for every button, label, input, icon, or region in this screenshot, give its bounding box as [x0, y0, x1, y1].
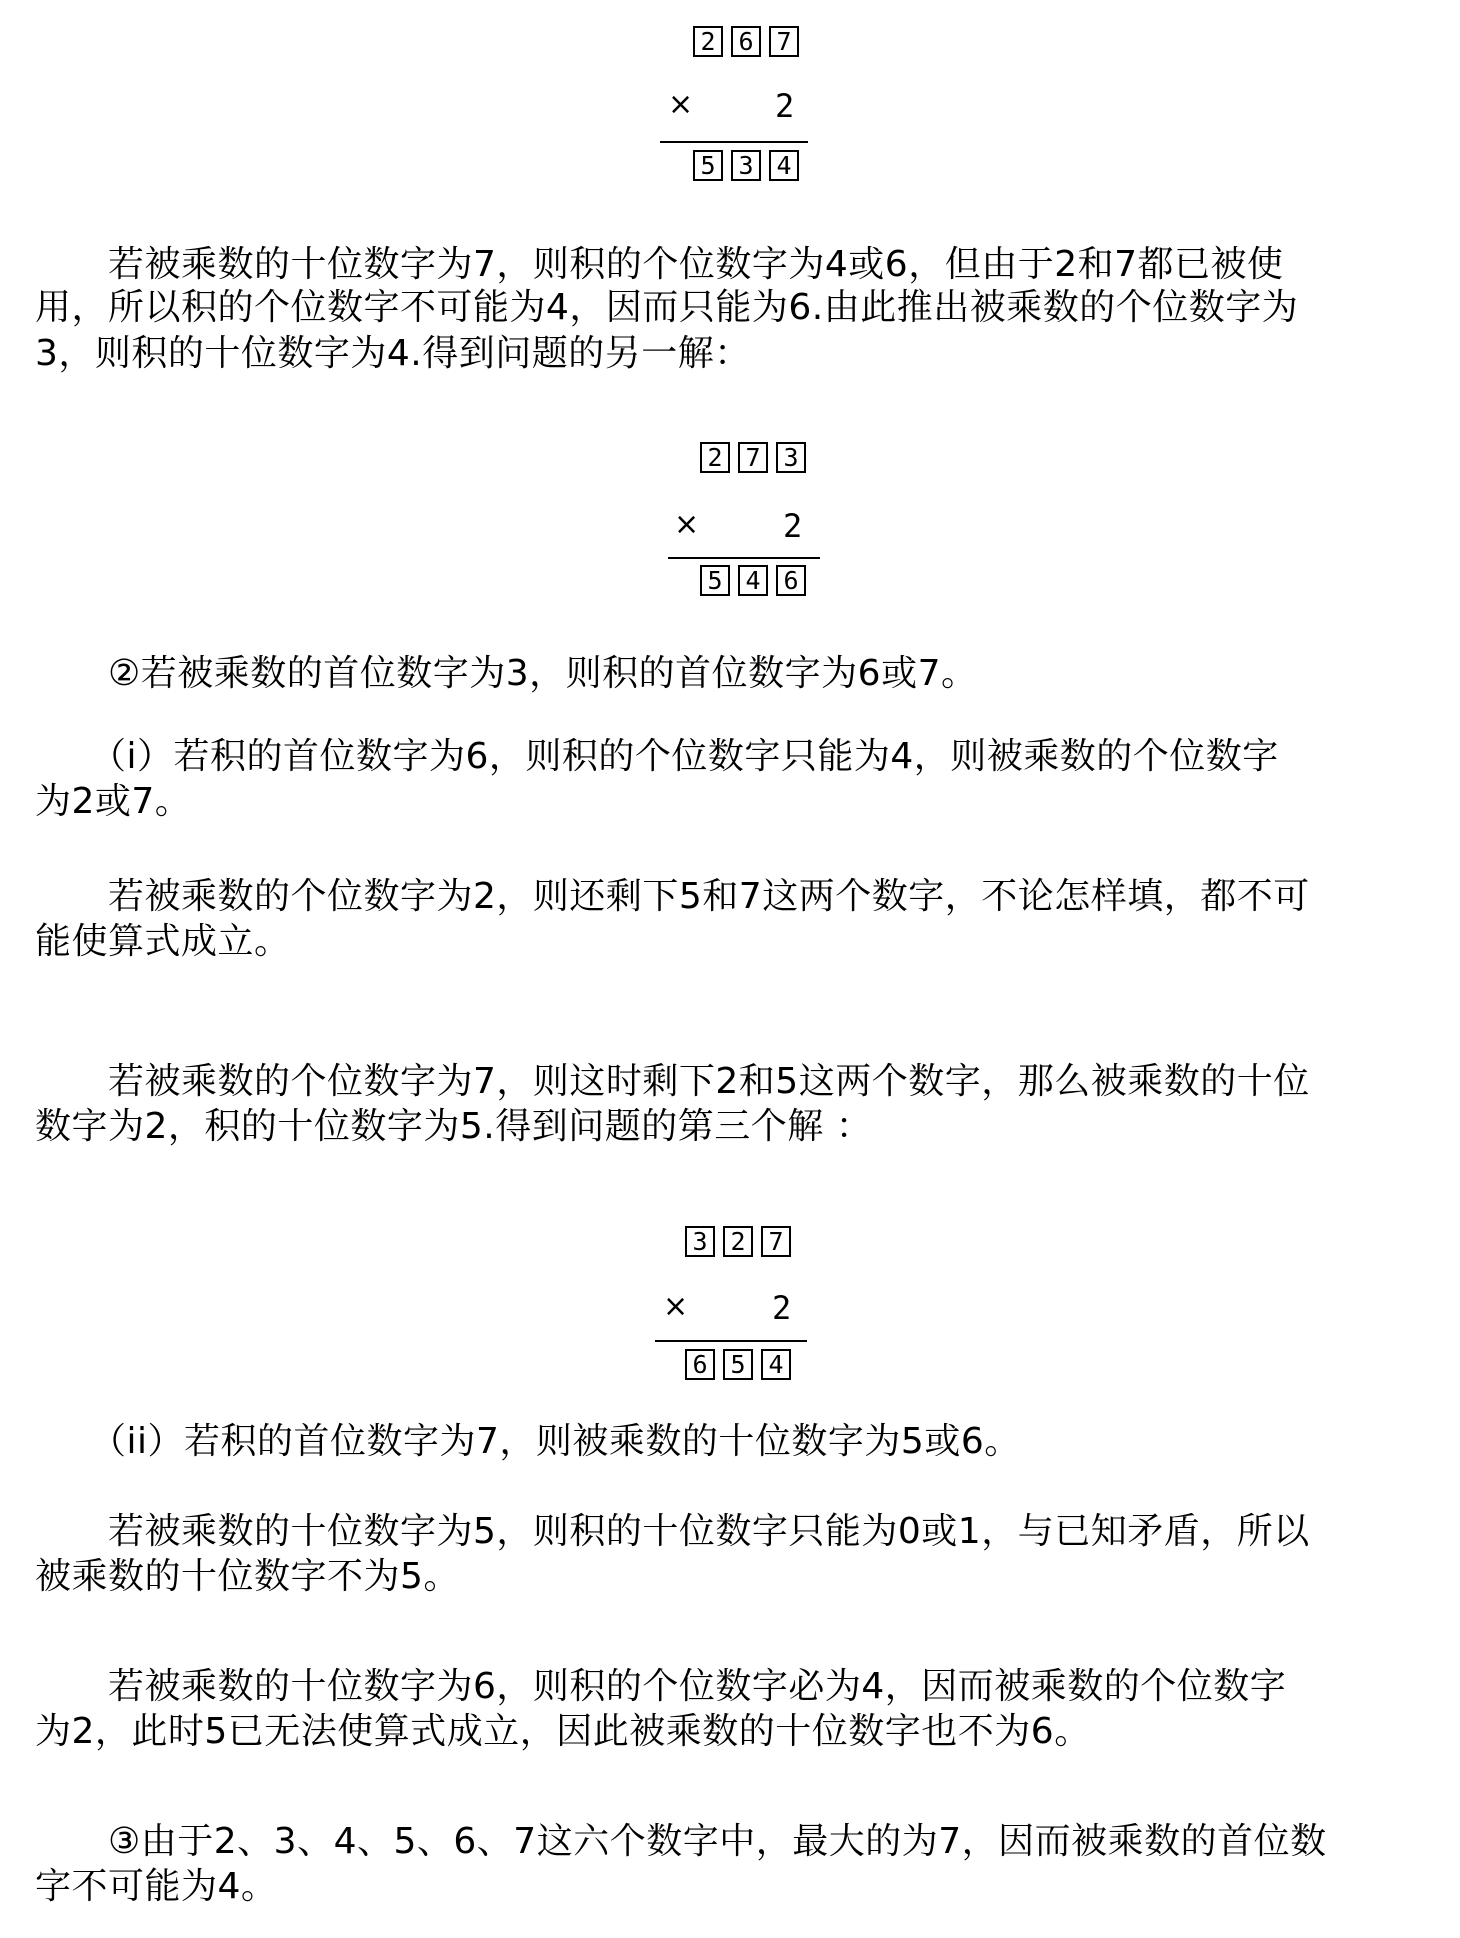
multiplier: 2 — [783, 510, 802, 542]
digit-box: 2 — [723, 1226, 753, 1257]
digit-box: 5 — [693, 150, 723, 181]
text-line: 若被乘数的十位数字为7，则积的个位数字为4或6，但由于2和7都已被使 — [35, 243, 1284, 286]
text-line: 被乘数的十位数字不为5。 — [35, 1555, 460, 1598]
digit-box: 3 — [731, 150, 761, 181]
digit-box: 4 — [769, 150, 799, 181]
text-line: （i）若积的首位数字为6，则积的个位数字只能为4，则被乘数的个位数字 — [35, 735, 1279, 778]
digit-box: 4 — [738, 565, 768, 596]
text-line: 若被乘数的个位数字为7，则这时剩下2和5这两个数字，那么被乘数的十位 — [35, 1060, 1310, 1103]
product-digits: 5 4 6 — [700, 565, 806, 596]
multiplier: 2 — [772, 1292, 791, 1324]
digit-box: 3 — [685, 1226, 715, 1257]
text-line: 为2，此时5已无法使算式成立，因此被乘数的十位数字也不为6。 — [35, 1710, 1091, 1753]
digit-box: 5 — [700, 565, 730, 596]
digit-box: 6 — [776, 565, 806, 596]
multiplier: 2 — [775, 90, 794, 122]
sum-rule — [668, 557, 820, 559]
text-line: 若被乘数的十位数字为6，则积的个位数字必为4，因而被乘数的个位数字 — [35, 1665, 1286, 1708]
text-line: ③由于2、3、4、5、6、7这六个数字中，最大的为7，因而被乘数的首位数 — [35, 1820, 1327, 1863]
digit-box: 7 — [761, 1226, 791, 1257]
digit-box: 5 — [723, 1349, 753, 1380]
text-line: 3，则积的十位数字为4.得到问题的另一解： — [35, 332, 751, 375]
product-digits: 6 5 4 — [685, 1349, 791, 1380]
text-line: 若被乘数的十位数字为5，则积的十位数字只能为0或1，与已知矛盾，所以 — [35, 1510, 1310, 1553]
text-line: 数字为2，积的十位数字为5.得到问题的第三个解 ： — [35, 1105, 872, 1148]
text-line: 用，所以积的个位数字不可能为4，因而只能为6.由此推出被乘数的个位数字为 — [35, 286, 1298, 329]
times-sign: × — [668, 90, 693, 120]
multiplicand-digits: 2 7 3 — [700, 442, 806, 473]
digit-box: 4 — [761, 1349, 791, 1380]
digit-box: 6 — [685, 1349, 715, 1380]
times-sign: × — [663, 1292, 688, 1322]
sum-rule — [660, 141, 808, 143]
multiplication-formula-1: 2 6 7 × 2 5 3 4 — [660, 26, 830, 186]
multiplicand-digits: 2 6 7 — [693, 26, 799, 57]
digit-box: 2 — [693, 26, 723, 57]
text-line: 能使算式成立。 — [35, 920, 291, 963]
digit-box: 7 — [769, 26, 799, 57]
text-line: ②若被乘数的首位数字为3，则积的首位数字为6或7。 — [35, 652, 978, 695]
multiplication-formula-2: 2 7 3 × 2 5 4 6 — [668, 442, 838, 602]
digit-box: 6 — [731, 26, 761, 57]
product-digits: 5 3 4 — [693, 150, 799, 181]
multiplicand-digits: 3 2 7 — [685, 1226, 791, 1257]
text-line: （ii）若积的首位数字为7，则被乘数的十位数字为5或6。 — [35, 1420, 1021, 1463]
text-line: 若被乘数的个位数字为2，则还剩下5和7这两个数字，不论怎样填，都不可 — [35, 875, 1310, 918]
sum-rule — [655, 1340, 807, 1342]
text-line: 为2或7。 — [35, 780, 191, 823]
times-sign: × — [674, 510, 699, 540]
digit-box: 3 — [776, 442, 806, 473]
digit-box: 7 — [738, 442, 768, 473]
digit-box: 2 — [700, 442, 730, 473]
text-line: 字不可能为4。 — [35, 1865, 277, 1908]
multiplication-formula-3: 3 2 7 × 2 6 5 4 — [655, 1226, 825, 1386]
